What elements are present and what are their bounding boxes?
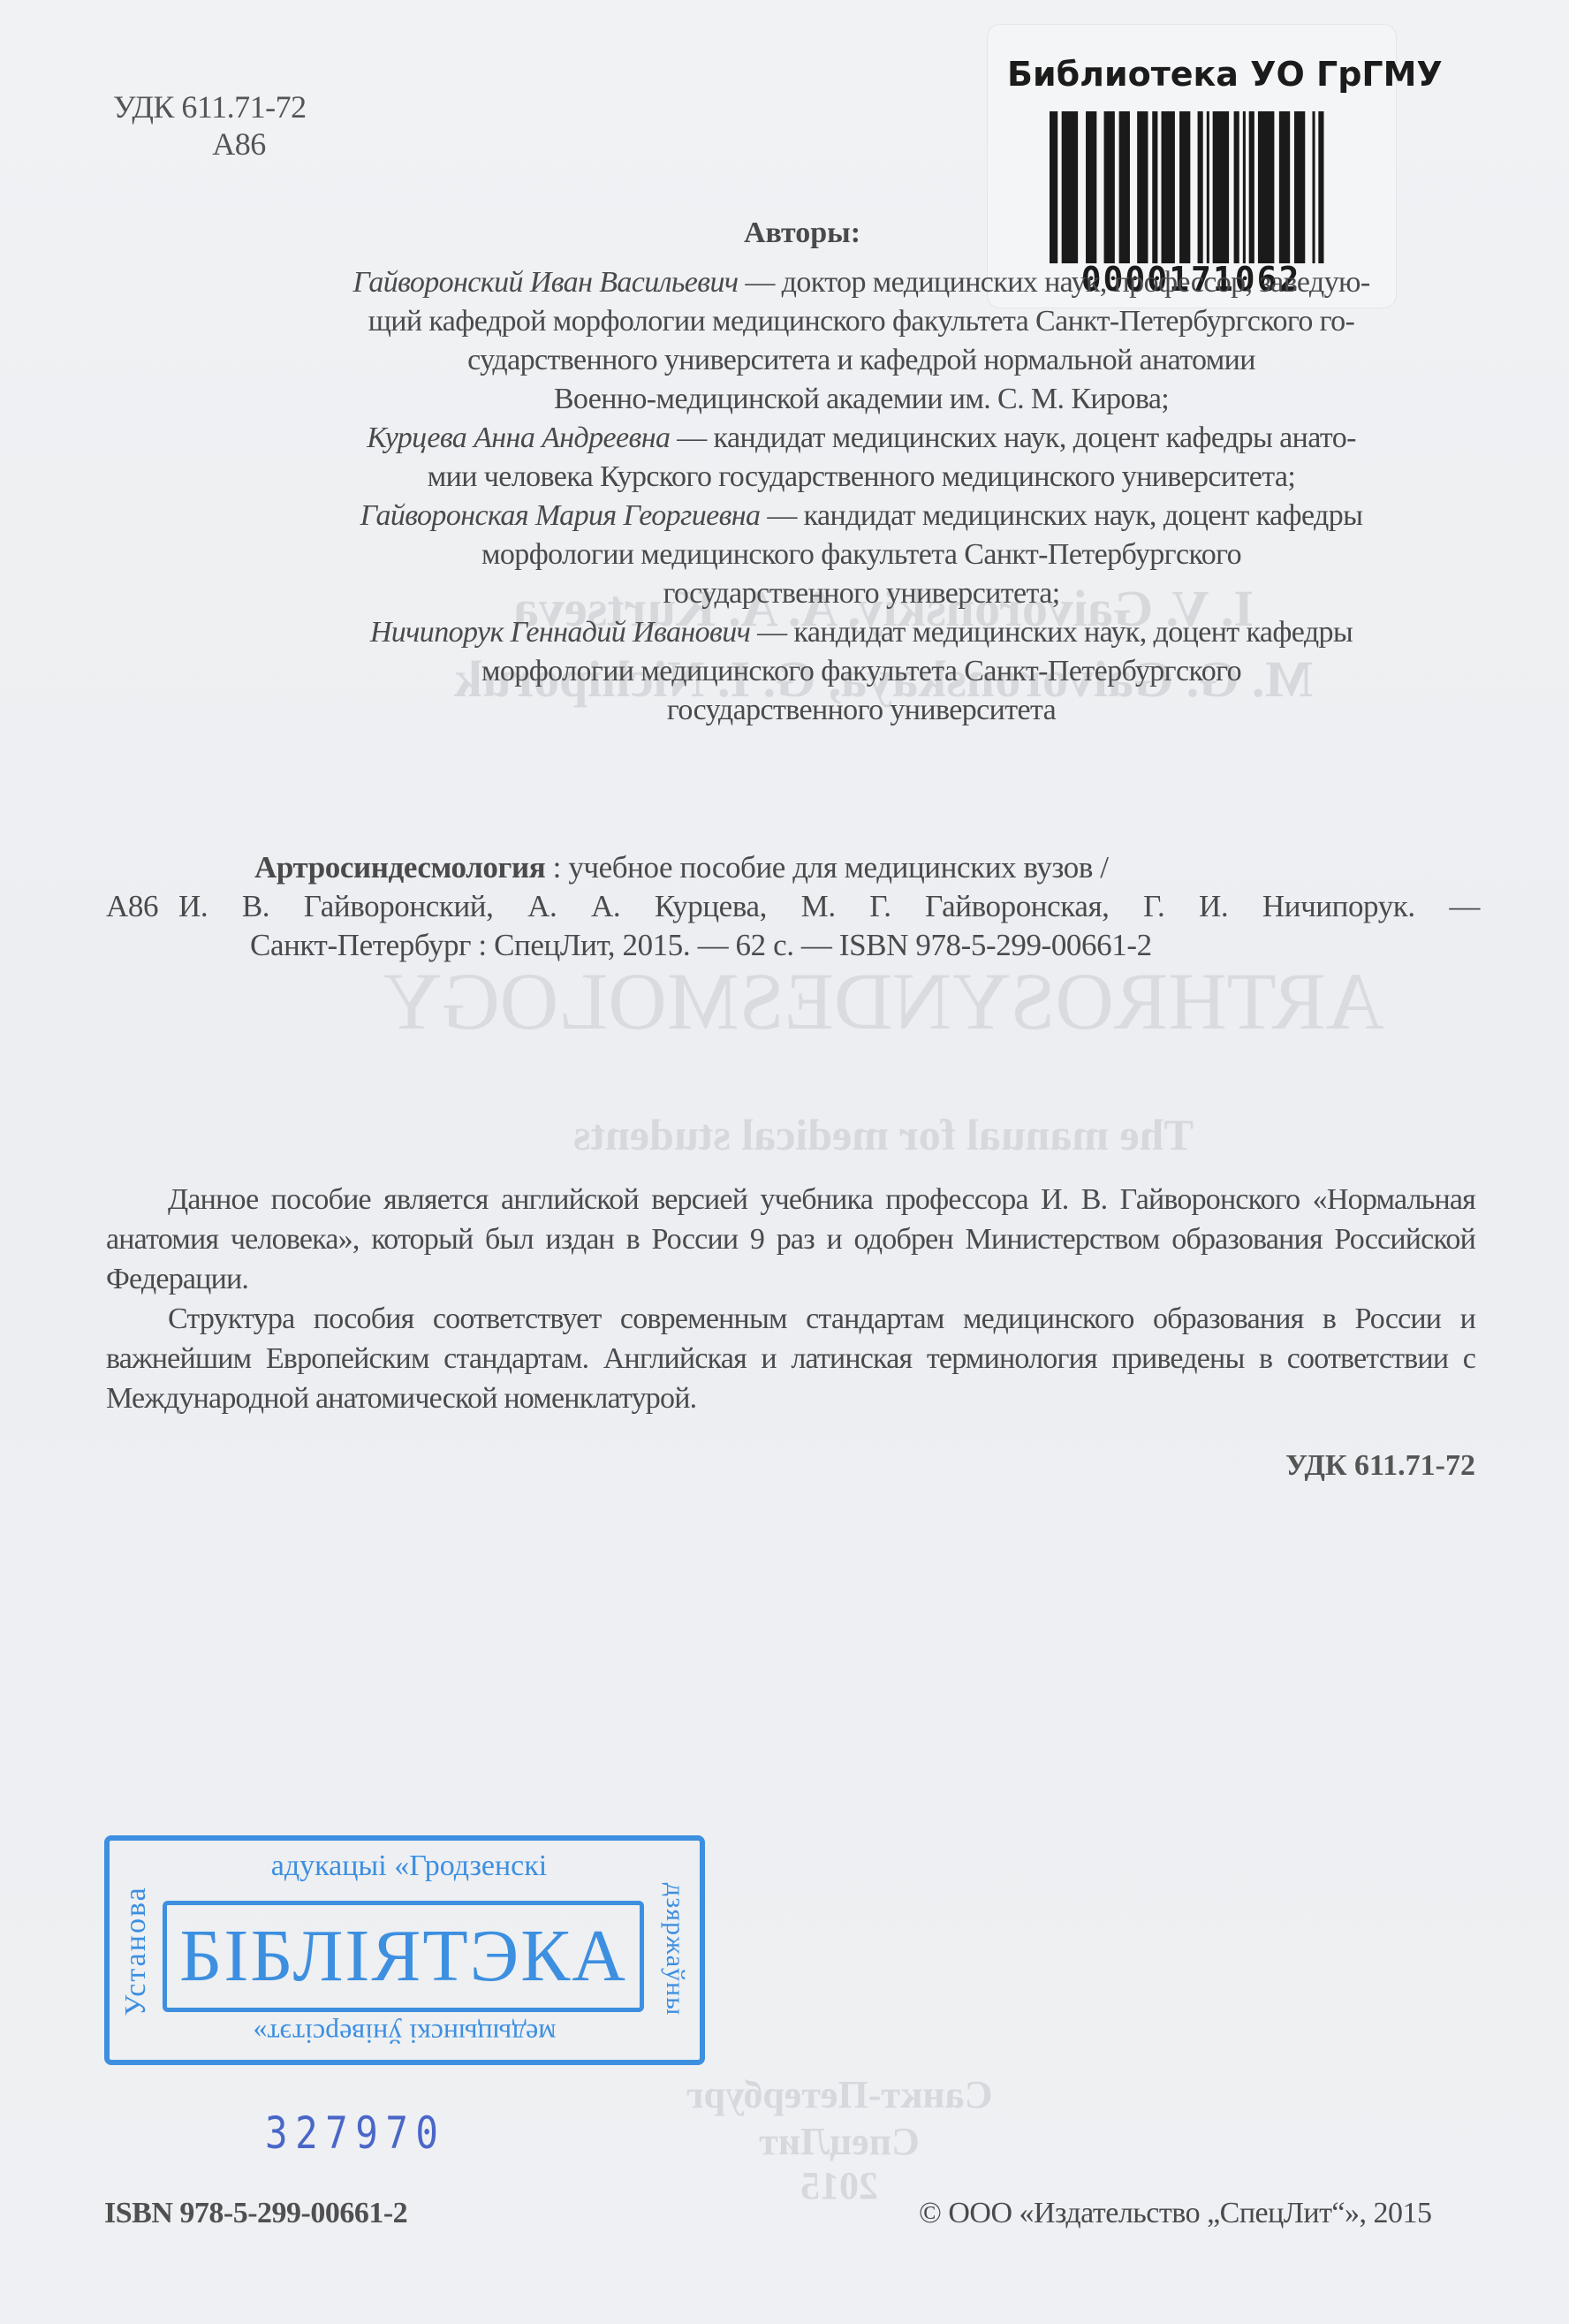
biblio-row-2: А86 И. В. Гайворонский, А. А. Курцева, М… — [106, 887, 1480, 926]
author-description: щий кафедрой морфологии медицинского фак… — [368, 305, 1355, 338]
author-line: государственного университета — [247, 691, 1475, 730]
stamp-bottom-text: медыцынскі ўніверсітэт» — [110, 2017, 700, 2050]
author-line: морфологии медицинского факультета Санкт… — [247, 652, 1475, 691]
isbn: ISBN 978-5-299-00661-2 — [104, 2197, 407, 2230]
author-description: морфологии медицинского факультета Санкт… — [481, 655, 1241, 687]
author-line: Курцева Анна Андреевна — кандидат медици… — [247, 419, 1475, 458]
stamp-left-text: Установа — [119, 1863, 153, 2039]
author-description: — кандидат медицинских наук, доцент кафе… — [670, 422, 1355, 454]
author-line: Гайворонский Иван Васильевич — доктор ме… — [247, 263, 1475, 302]
ghost-city: Санкт-Петербург — [574, 2072, 1104, 2117]
author-name: Гайворонская Мария Георгиевна — [360, 499, 761, 532]
author-name: Курцева Анна Андреевна — [367, 422, 670, 454]
udk-code: УДК 611.71-72 — [113, 88, 365, 125]
author-description: сударственного университета и кафедрой н… — [467, 344, 1255, 376]
author-line: мии человека Курского государственного м… — [247, 458, 1475, 497]
annotation-paragraph-2: Структура пособия соответствует современ… — [106, 1299, 1475, 1418]
biblio-subtitle: : учебное пособие для медицинских вузов … — [553, 850, 1109, 885]
biblio-row-3: Санкт-Петербург : СпецЛит, 2015. — 62 с.… — [106, 926, 1480, 965]
author-description: морфологии медицинского факультета Санкт… — [481, 538, 1241, 571]
author-cipher: А86 — [113, 125, 365, 163]
authors-list: Гайворонский Иван Васильевич — доктор ме… — [247, 263, 1475, 730]
copyright: © ООО «Издательство „СпецЛит“», 2015 — [919, 2197, 1432, 2230]
author-description: — доктор медицинских наук, профессор, за… — [738, 266, 1369, 299]
author-description: Военно-медицинской академии им. С. М. Ки… — [554, 383, 1169, 415]
author-line: сударственного университета и кафедрой н… — [247, 341, 1475, 380]
ghost-title: ARTHROSYNDESMOLOGY — [265, 954, 1502, 1048]
library-label-title: Библиотека УО ГрГМУ — [1007, 55, 1387, 94]
author-description: государственного университета — [667, 694, 1056, 726]
author-line: щий кафедрой морфологии медицинского фак… — [247, 302, 1475, 341]
author-description: государственного университета; — [663, 577, 1059, 610]
stamp-main-text: БІБЛІЯТЭКА — [167, 1912, 640, 2001]
inventory-number: 327970 — [265, 2108, 446, 2159]
ghost-publisher: СпецЛит — [574, 2119, 1104, 2164]
author-description: — кандидат медицинских наук, доцент кафе… — [760, 499, 1362, 532]
biblio-imprint: Санкт-Петербург : СпецЛит, 2015. — 62 с.… — [250, 926, 1152, 965]
library-stamp: адукацыі «Гродзенскі БІБЛІЯТЭКА медыцынс… — [104, 1835, 705, 2065]
authors-heading: Авторы: — [0, 216, 1569, 250]
author-name: Гайворонский Иван Васильевич — [352, 266, 738, 299]
author-line: Военно-медицинской академии им. С. М. Ки… — [247, 380, 1475, 419]
udk-classification: УДК 611.71-72 А86 — [113, 88, 365, 163]
biblio-cipher: А86 — [106, 887, 178, 926]
author-description: мии человека Курского государственного м… — [428, 460, 1296, 493]
author-line: Гайворонская Мария Георгиевна — кандидат… — [247, 497, 1475, 535]
author-description: — кандидат медицинских наук, доцент кафе… — [750, 616, 1353, 649]
stamp-right-text: дзяржаўны — [660, 1861, 690, 2038]
ghost-subtitle: The manual for medical students — [265, 1109, 1502, 1160]
author-line: морфологии медицинского факультета Санкт… — [247, 535, 1475, 574]
biblio-row-1: Артросиндесмология : учебное пособие для… — [106, 848, 1480, 887]
biblio-authors: И. В. Гайворонский, А. А. Курцева, М. Г.… — [178, 887, 1480, 926]
udk-bottom: УДК 611.71-72 — [1148, 1449, 1475, 1483]
annotation: Данное пособие является английской верси… — [106, 1180, 1475, 1418]
author-line: государственного университета; — [247, 574, 1475, 613]
bibliographic-record: Артросиндесмология : учебное пособие для… — [106, 848, 1480, 965]
stamp-top-text: адукацыі «Гродзенскі — [110, 1849, 700, 1883]
author-line: Ничипорук Геннадий Иванович — кандидат м… — [247, 613, 1475, 652]
stamp-inner-frame: БІБЛІЯТЭКА — [163, 1901, 644, 2012]
author-name: Ничипорук Геннадий Иванович — [370, 616, 750, 649]
annotation-paragraph-1: Данное пособие является английской верси… — [106, 1180, 1475, 1299]
book-title: Артросиндесмология — [254, 850, 545, 885]
